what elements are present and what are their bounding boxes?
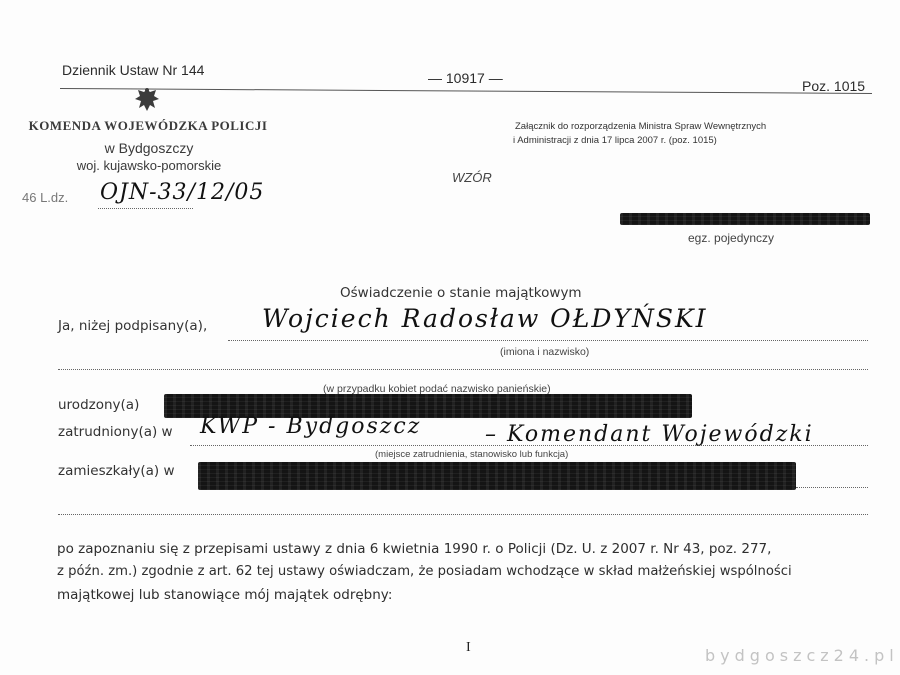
stamp-ref-prefix: 46 L.dz. (22, 190, 68, 205)
page-number: — 10917 — (428, 70, 503, 86)
copy-note: egz. pojedynczy (688, 231, 774, 245)
document-title: Oświadczenie o stanie majątkowym (340, 285, 582, 301)
stamp-city: w Bydgoszczy (18, 140, 280, 156)
annex-line-2: i Administracji z dnia 17 lipca 2007 r. … (513, 134, 717, 148)
name-label: Ja, niżej podpisany(a), (58, 318, 207, 334)
annex-line-1: Załącznik do rozporządzenia Ministra Spr… (515, 120, 766, 134)
employed-label: zatrudniony(a) w (58, 424, 173, 440)
name-caption: (imiona i nazwisko) (500, 346, 589, 358)
employed-value-part2[interactable]: – Komendant Wojewódzki (485, 422, 814, 447)
journal-title: Dziennik Ustaw Nr 144 (62, 62, 204, 78)
stamp-region: woj. kujawsko-pomorskie (18, 158, 280, 173)
residence-field-line (796, 487, 868, 488)
name-field-line (228, 340, 868, 341)
maiden-name-field-line[interactable] (58, 369, 868, 370)
stamp-institution: KOMENDA WOJEWÓDZKA POLICJI (18, 118, 278, 134)
section-marker: I (466, 640, 471, 656)
name-value-handwritten[interactable]: Wojciech Radosław OŁDYŃSKI (262, 304, 708, 333)
redacted-residence (198, 462, 796, 490)
body-line-3: majątkowej lub stanowiące mój majątek od… (57, 584, 877, 607)
body-line-2: z późn. zm.) zgodnie z art. 62 tej ustaw… (57, 561, 877, 584)
stamp-reference-handwritten: OJN-33/12/05 (100, 180, 264, 205)
body-line-1: po zapoznaniu się z przepisami ustawy z … (57, 538, 877, 561)
born-label: urodzony(a) (58, 397, 139, 413)
residence-field-line-2[interactable] (58, 514, 868, 515)
header-rule (60, 88, 872, 94)
employed-caption: (miejsce zatrudnienia, stanowisko lub fu… (375, 449, 568, 460)
polish-eagle-emblem-icon (132, 86, 162, 114)
redacted-bar-top (620, 213, 870, 225)
template-label: WZÓR (452, 170, 492, 185)
stamp-ref-line (98, 208, 193, 209)
employed-value-part1[interactable]: KWP - Bydgoszcz (200, 414, 421, 439)
site-watermark: bydgoszcz24.pl (705, 646, 899, 665)
residence-label: zamieszkały(a) w (58, 463, 175, 479)
